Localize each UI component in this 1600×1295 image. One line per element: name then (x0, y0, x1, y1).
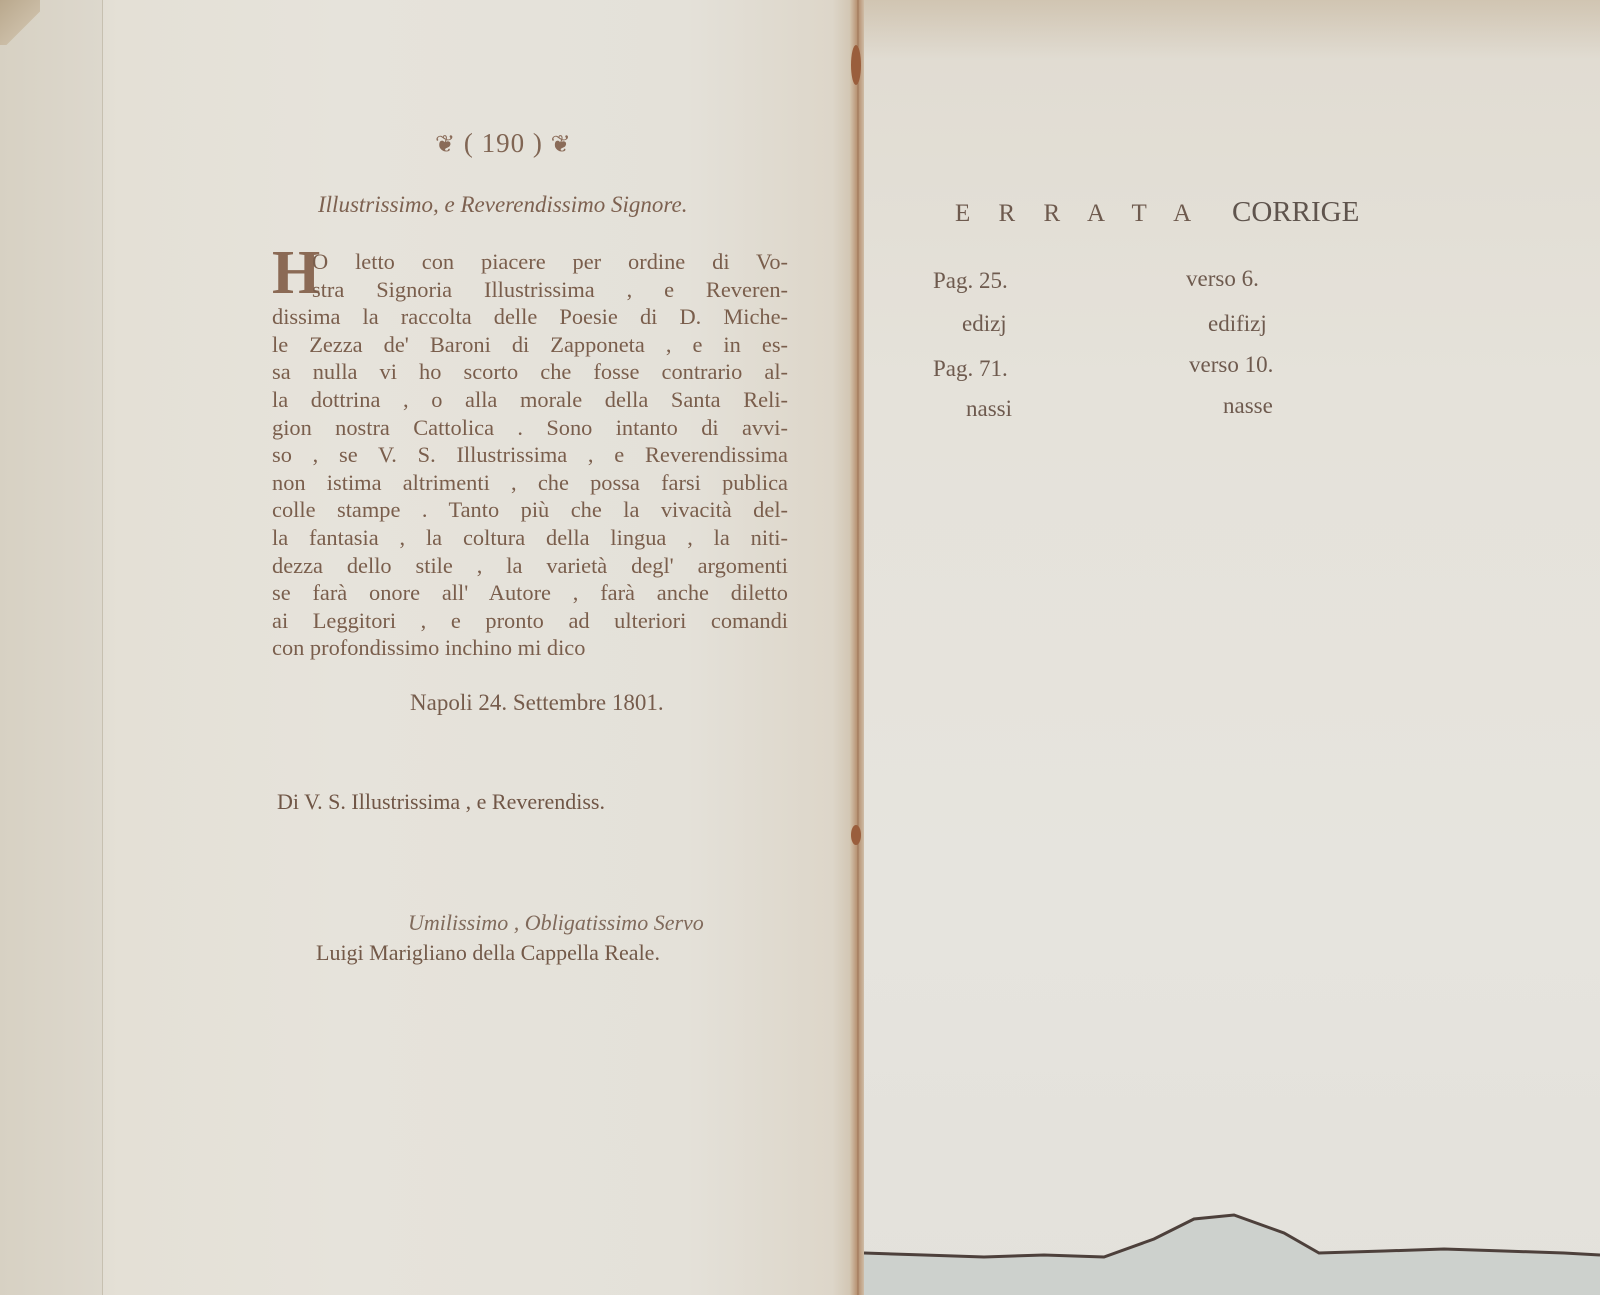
body-line: ai Leggitori , e pronto ad ulteriori com… (272, 607, 788, 635)
body-line: le Zezza de' Baroni di Zapponeta , e in … (272, 331, 788, 359)
running-head: ❦ ( 190 ) ❦ (435, 128, 572, 159)
fleuron-ornament-icon: ❦ (435, 132, 456, 158)
salutation: Illustrissimo, e Reverendissimo Signore. (318, 192, 687, 218)
spine-stain (851, 45, 861, 85)
body-line: dissima la raccolta delle Poesie di D. M… (272, 303, 788, 331)
errata-cell: edizj (962, 311, 1007, 337)
corrige-cell: verso 6. (1186, 266, 1259, 292)
body-line: dezza dello stile , la varietà degl' arg… (272, 552, 788, 580)
body-line: colle stampe . Tanto più che la vivacità… (272, 496, 788, 524)
body-line: so , se V. S. Illustrissima , e Reverend… (272, 441, 788, 469)
corrige-cell: nasse (1223, 393, 1273, 419)
corrige-cell: verso 10. (1189, 352, 1273, 378)
imprimatur-body: O letto con piacere per ordine di Vo- st… (272, 248, 788, 662)
signature-name: Luigi Marigliano della Cappella Reale. (316, 940, 660, 966)
errata-cell: Pag. 71. (933, 356, 1008, 382)
left-page-outer-flap (0, 0, 103, 1295)
page-number: ( 190 ) (464, 128, 543, 158)
body-line: con profondissimo inchino mi dico (272, 634, 788, 662)
spine-stain (851, 825, 861, 845)
body-line: O letto con piacere per ordine di Vo- (272, 248, 788, 276)
body-line: la fantasia , la coltura della lingua , … (272, 524, 788, 552)
page-top-shadow (864, 0, 1600, 60)
right-page (864, 0, 1600, 1295)
errata-cell: Pag. 25. (933, 268, 1008, 294)
body-line: stra Signoria Illustrissima , e Reveren- (272, 276, 788, 304)
errata-header: E R R A T A (955, 200, 1202, 228)
body-line: non istima altrimenti , che possa farsi … (272, 469, 788, 497)
body-line: gion nostra Cattolica . Sono intanto di … (272, 414, 788, 442)
folded-corner (0, 0, 40, 45)
fleuron-ornament-icon: ❦ (551, 132, 572, 158)
body-line: sa nulla vi ho scorto che fosse contrari… (272, 358, 788, 386)
corrige-cell: edifizj (1208, 311, 1267, 337)
place-and-date: Napoli 24. Settembre 1801. (410, 690, 664, 716)
body-line: la dottrina , o alla morale della Santa … (272, 386, 788, 414)
closing-formula: Di V. S. Illustrissima , e Reverendiss. (277, 789, 605, 815)
corrige-header: CORRIGE (1232, 196, 1359, 229)
torn-bottom-edge (864, 1205, 1600, 1295)
body-line: se farà onore all' Autore , farà anche d… (272, 579, 788, 607)
errata-cell: nassi (966, 396, 1012, 422)
signature-valediction: Umilissimo , Obligatissimo Servo (408, 910, 704, 936)
